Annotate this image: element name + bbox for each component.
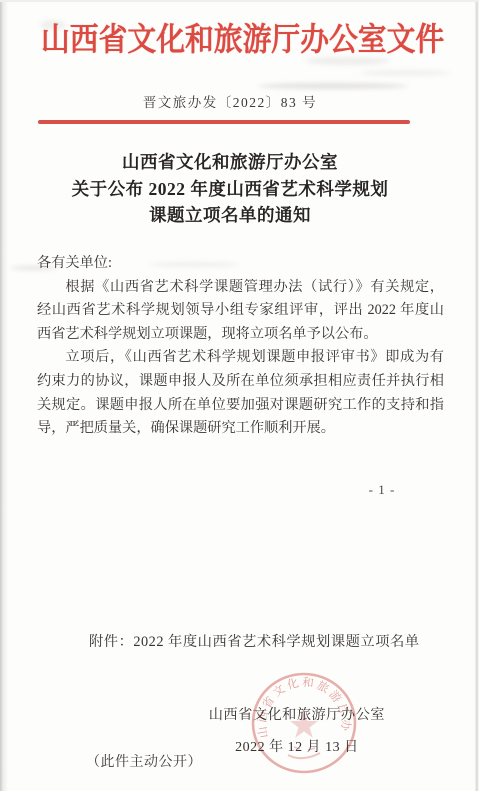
salutation: 各有关单位: xyxy=(37,252,444,276)
body-line: 西省艺术科学规划立项课题，现将立项名单予以公布。 xyxy=(37,323,444,347)
document-number: 晋文旅办发〔2022〕83 号 xyxy=(20,91,440,111)
document-title-line-1: 山西省文化和旅游厅办公室 xyxy=(10,149,450,176)
scan-edge-top xyxy=(0,0,479,2)
attachment-line: 附件：2022 年度山西省艺术科学规划课题立项名单 xyxy=(89,631,420,651)
scan-edge-right xyxy=(475,0,479,791)
scan-edge-left xyxy=(0,0,8,791)
body-line: 关规定。课题申报人所在单位要加强对课题研究工作的支持和指 xyxy=(37,394,444,418)
page-number: - 1 - xyxy=(352,482,412,498)
document-title: 山西省文化和旅游厅办公室 关于公布 2022 年度山西省艺术科学规划 课题立项名… xyxy=(10,149,450,229)
body-line: 立项后，《山西省艺术科学规划课题申报评审书》即成为有 xyxy=(37,346,444,370)
signature-block: 山西省文化和旅游厅办公室 2022 年 12 月 13 日 xyxy=(209,704,385,756)
body-line: 约束力的协议，课题申报人及所在单位须承担相应责任并执行相 xyxy=(37,370,444,394)
scanned-document-page: 山西省文化和旅游厅办公室文件 晋文旅办发〔2022〕83 号 山西省文化和旅游厅… xyxy=(0,0,479,791)
letterhead-red-rule xyxy=(38,120,410,124)
body-line: 经山西省艺术科学规划领导小组专家组评审，评出 2022 年度山 xyxy=(37,299,444,323)
document-body: 各有关单位: 根据《山西省艺术科学课题管理办法（试行）》有关规定， 经山西省艺术… xyxy=(37,252,444,441)
signature-date: 2022 年 12 月 13 日 xyxy=(209,736,385,756)
document-title-line-2: 关于公布 2022 年度山西省艺术科学规划 xyxy=(10,176,450,203)
scan-smudge xyxy=(360,70,450,76)
signature-org: 山西省文化和旅游厅办公室 xyxy=(209,704,385,724)
scan-smudge xyxy=(258,83,408,89)
body-line: 根据《山西省艺术科学课题管理办法（试行）》有关规定， xyxy=(37,276,444,300)
body-line: 导，严把质量关，确保课题研究工作顺利开展。 xyxy=(37,417,444,441)
footer-disclosure-note: （此件主动公开） xyxy=(86,751,202,771)
document-title-line-3: 课题立项名单的通知 xyxy=(10,202,450,229)
letterhead-agency-title: 山西省文化和旅游厅办公室文件 xyxy=(41,14,419,60)
